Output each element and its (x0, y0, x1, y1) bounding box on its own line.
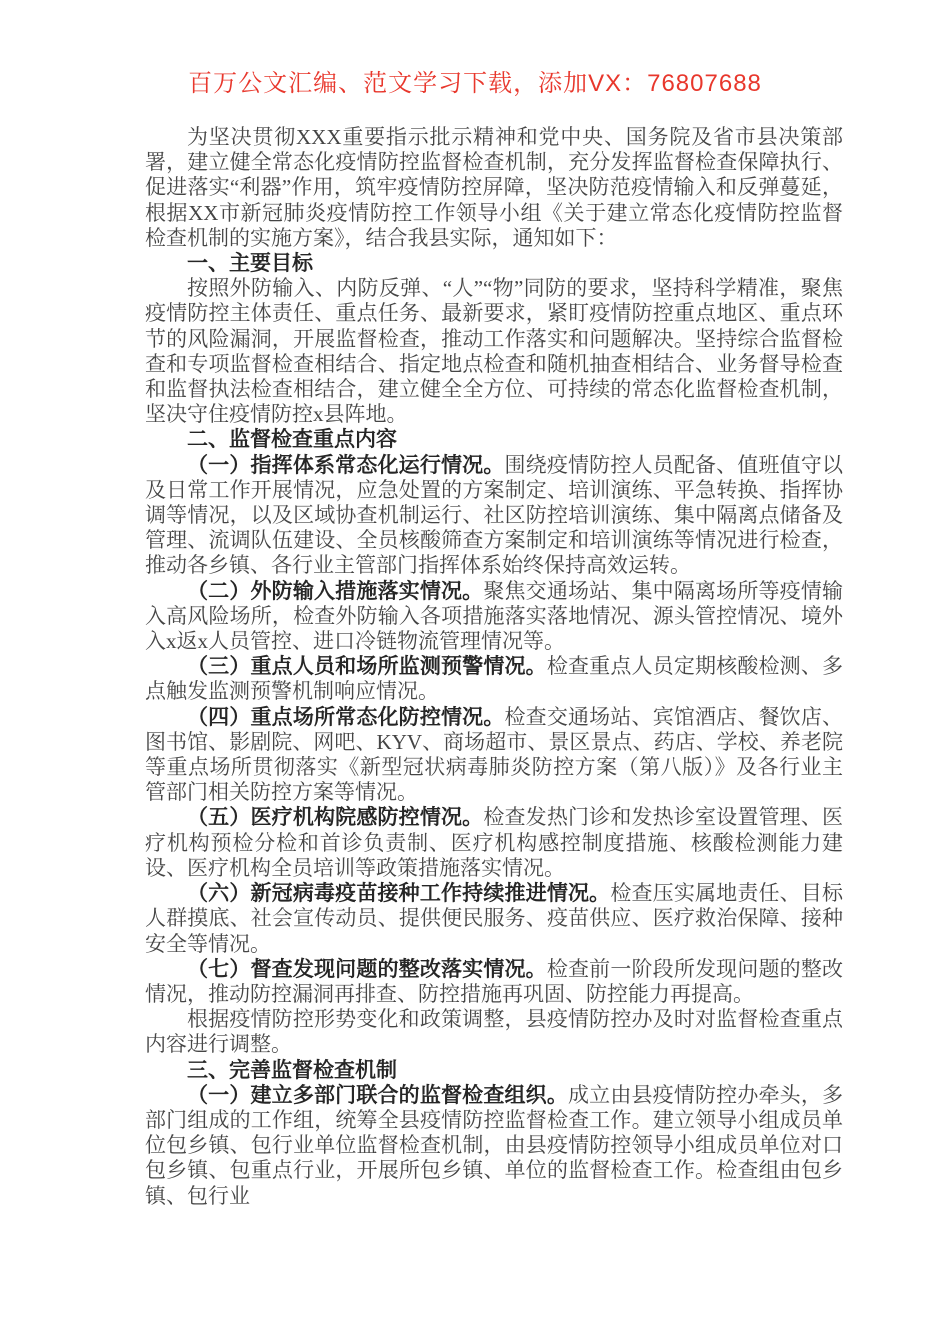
list-item-3: （三）重点人员和场所监测预警情况。检查重点人员定期核酸检测、多点触发监测预警机制… (145, 654, 843, 704)
list-item-4-lead: （四）重点场所常态化防控情况。 (187, 706, 505, 729)
list-item-5-lead: （五）医疗机构院感防控情况。 (187, 806, 483, 829)
list-item-6: （六）新冠病毒疫苗接种工作持续推进情况。检查压实属地责任、目标人群摸底、社会宣传… (145, 881, 843, 957)
list-item-1-lead: （一）指挥体系常态化运行情况。 (187, 454, 505, 477)
list-item-7: （七）督查发现问题的整改落实情况。检查前一阶段所发现问题的整改情况，推动防控漏洞… (145, 957, 843, 1007)
watermark-header: 百万公文汇编、范文学习下载，添加VX：76807688 (0, 63, 950, 98)
list-item-2-lead: （二）外防输入措施落实情况。 (187, 580, 483, 603)
section-heading-2: 二、监督检查重点内容 (145, 427, 843, 452)
document-body: 为坚决贯彻XXX重要指示批示精神和党中央、国务院及省市县决策部署，建立健全常态化… (145, 125, 843, 1209)
list-item-4: （四）重点场所常态化防控情况。检查交通场站、宾馆酒店、餐饮店、图书馆、影剧院、网… (145, 705, 843, 806)
list-item-8-lead: （一）建立多部门联合的监督检查组织。 (187, 1084, 568, 1107)
document-page: 百万公文汇编、范文学习下载，添加VX：76807688 为坚决贯彻XXX重要指示… (0, 0, 950, 1344)
list-item-6-lead: （六）新冠病毒疫苗接种工作持续推进情况。 (187, 882, 610, 905)
adjustment-paragraph: 根据疫情防控形势变化和政策调整，县疫情防控办及时对监督检查重点内容进行调整。 (145, 1007, 843, 1057)
goal-paragraph: 按照外防输入、内防反弹、“人”“物”同防的要求，坚持科学精准，聚焦疫情防控主体责… (145, 276, 843, 427)
list-item-8: （一）建立多部门联合的监督检查组织。成立由县疫情防控办牵头，多部门组成的工作组，… (145, 1083, 843, 1209)
list-item-5: （五）医疗机构院感防控情况。检查发热门诊和发热诊室设置管理、医疗机构预检分检和首… (145, 805, 843, 881)
section-heading-3: 三、完善监督检查机制 (145, 1058, 843, 1083)
section-heading-1: 一、主要目标 (145, 251, 843, 276)
list-item-7-lead: （七）督查发现问题的整改落实情况。 (187, 958, 547, 981)
list-item-2: （二）外防输入措施落实情况。聚焦交通场站、集中隔离场所等疫情输入高风险场所，检查… (145, 579, 843, 655)
list-item-3-lead: （三）重点人员和场所监测预警情况。 (187, 655, 547, 678)
intro-paragraph: 为坚决贯彻XXX重要指示批示精神和党中央、国务院及省市县决策部署，建立健全常态化… (145, 125, 843, 251)
list-item-1: （一）指挥体系常态化运行情况。围绕疫情防控人员配备、值班值守以及日常工作开展情况… (145, 453, 843, 579)
